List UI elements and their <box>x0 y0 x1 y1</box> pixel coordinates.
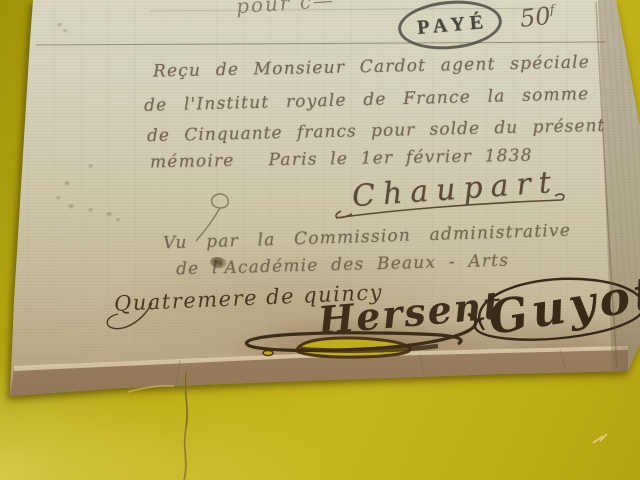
paper-dent <box>116 218 121 222</box>
paper-dent <box>57 23 63 27</box>
paper-dent <box>88 164 94 168</box>
paper-dent <box>106 212 113 217</box>
amount-value: 50 <box>519 2 552 33</box>
closing-word: mémoire <box>150 151 235 172</box>
paye-stamp-label: PAYÉ <box>411 10 489 40</box>
photo-of-paid-receipt: pour c— PAYÉ 50f Reçu de Monsieur Cardot… <box>0 0 640 480</box>
paper-dent <box>68 204 75 209</box>
paper-dent <box>56 196 61 200</box>
amount-note: 50f <box>519 1 558 33</box>
paper-dent <box>64 181 71 186</box>
paper-dent <box>88 208 94 212</box>
paper-dent <box>63 29 68 33</box>
